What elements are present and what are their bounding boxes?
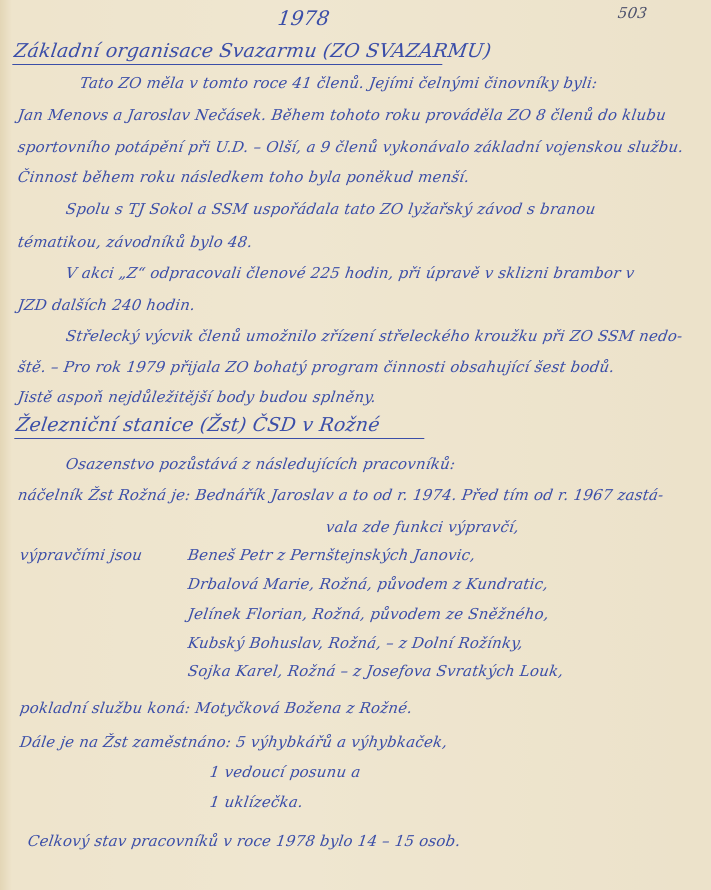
section-heading-svazarm: Základní organisace Svazarmu (ZO SVAZARM… [12,40,446,65]
paragraph-line: Jan Menovs a Jaroslav Nečásek. Během toh… [17,106,668,124]
cashier-line: pokladní službu koná: Motyčková Božena z… [19,699,414,717]
paragraph-line: Spolu s TJ Sokol a SSM uspořádala tato Z… [65,200,597,218]
dispatcher-entry: Kubský Bohuslav, Rožná, – z Dolní Rožínk… [187,634,525,652]
paragraph-line: Jistě aspoň nejdůležitější body budou sp… [17,388,378,406]
paragraph-line: sportovního potápění při U.D. – Olší, a … [17,138,685,156]
staff-intro: Osazenstvo pozůstává z následujících pra… [65,455,457,473]
paragraph-line: ště. – Pro rok 1979 přijala ZO bohatý pr… [17,358,616,376]
total-staff-line: Celkový stav pracovníků v roce 1978 bylo… [27,832,462,850]
station-chief-line-cont: vala zde funkci výpravčí, [325,518,521,536]
paragraph-line: tématikou, závodníků bylo 48. [17,233,254,251]
dispatcher-entry: Jelínek Florian, Rožná, původem ze Sněžn… [187,605,550,623]
paragraph-line: Střelecký výcvik členů umožnilo zřízení … [65,327,684,345]
staff-entry: 1 uklízečka. [209,793,305,811]
paragraph-line: Činnost během roku následkem toho byla p… [17,168,471,186]
paragraph-line: Tato ZO měla v tomto roce 41 členů. Její… [79,74,599,92]
paragraph-line: V akci „Z“ odpracovali členové 225 hodin… [65,264,636,282]
staff-label: Dále je na Žst zaměstnáno: 5 výhybkářů a… [19,733,449,751]
dispatchers-label: výpravčími jsou [19,546,144,564]
dispatcher-entry: Sojka Karel, Rožná – z Josefova Svratkýc… [187,662,565,680]
page-number: 503 [617,4,649,22]
dispatcher-entry: Beneš Petr z Pernštejnských Janovic, [187,546,477,564]
chronicle-page: 1978 503 Základní organisace Svazarmu (Z… [0,0,711,890]
staff-label-text: Dále je na Žst zaměstnáno: [19,733,233,751]
year-heading: 1978 [276,6,331,30]
staff-entry: 5 výhybkářů a výhybkaček, [235,733,449,751]
staff-entry: 1 vedoucí posunu a [209,763,362,781]
paragraph-line: JZD dalších 240 hodin. [17,296,197,314]
station-chief-line: náčelník Žst Rožná je: Bednářík Jaroslav… [17,486,665,504]
dispatcher-entry: Drbalová Marie, Rožná, původem z Kundrat… [187,575,550,593]
section-heading-railway-station: Železniční stanice (Žst) ČSD v Rožné [14,414,428,439]
